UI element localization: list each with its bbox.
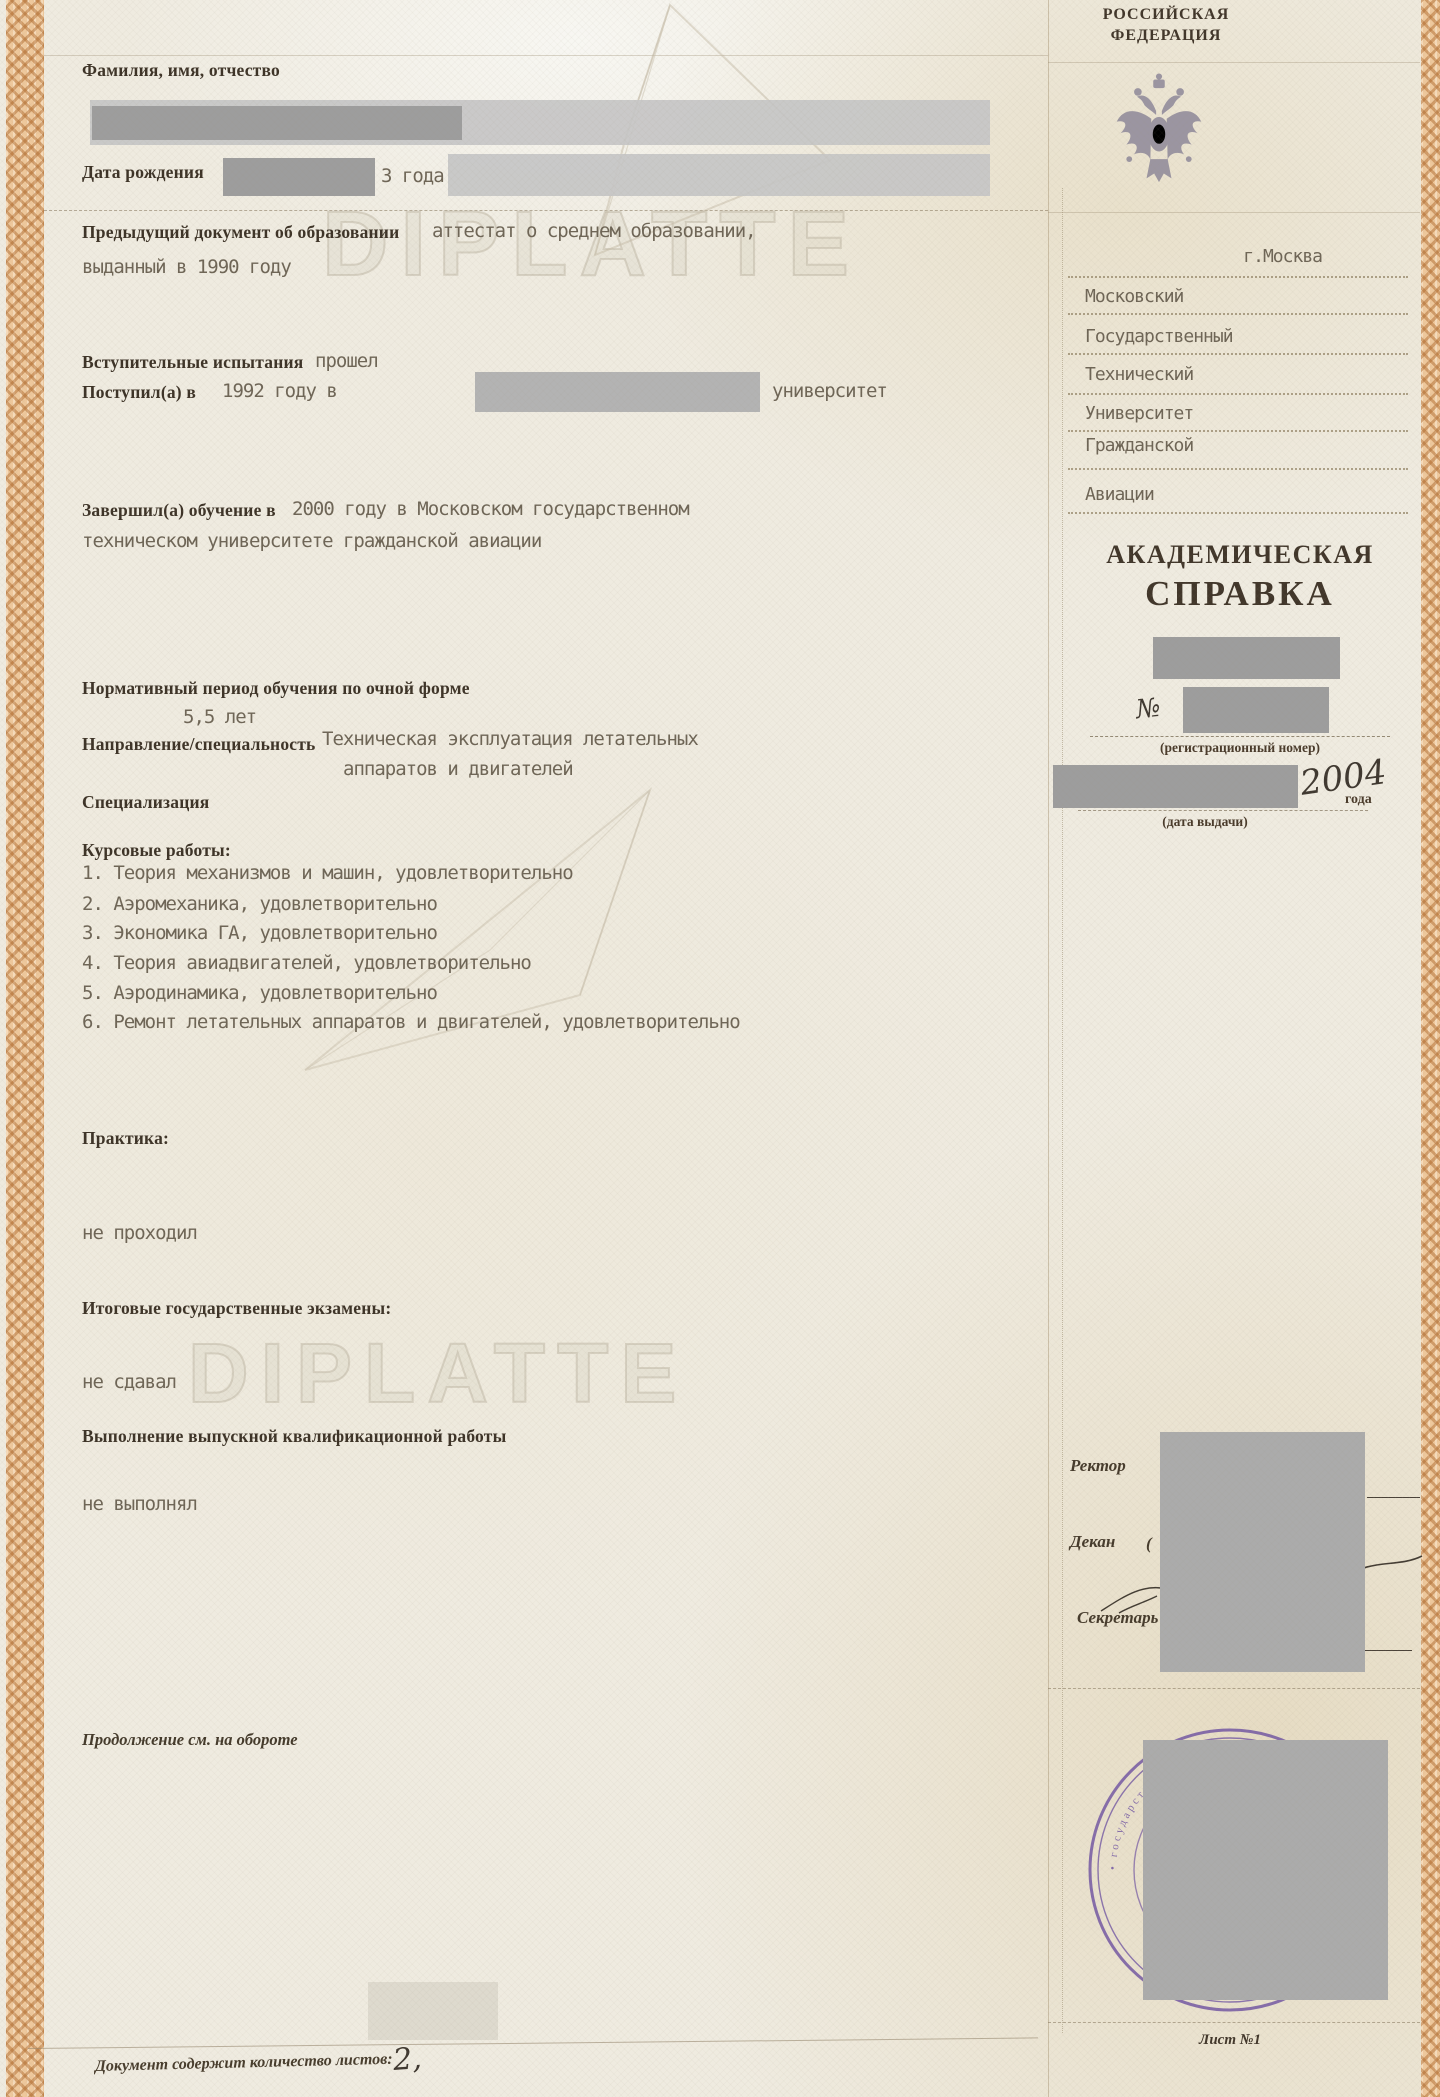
university-name-line: Московский <box>1085 286 1183 307</box>
bottom-rule <box>28 2037 1038 2049</box>
right-header-rule-bottom <box>1048 212 1420 213</box>
form-line <box>1068 512 1408 514</box>
study-period-value: 5,5 лет <box>183 706 256 728</box>
redaction-bar <box>1183 687 1329 733</box>
issue-year-handwritten: 2004 <box>1298 752 1389 804</box>
rector-signature-line <box>1367 1497 1420 1498</box>
issue-date-line <box>1078 810 1368 811</box>
redaction-bar <box>1153 637 1340 679</box>
right-column-dotted-border <box>1062 188 1063 2033</box>
thesis-label: Выполнение выпускной квалификационной ра… <box>82 1426 506 1447</box>
tape-patch <box>368 1982 498 2040</box>
form-line <box>1068 468 1408 470</box>
reg-number-sign: № <box>1134 693 1162 725</box>
previous-doc-value-line2: выданный в 1990 году <box>82 256 291 278</box>
city-value: г.Москва <box>1200 246 1322 267</box>
form-line <box>1068 276 1408 278</box>
specialization-label: Специализация <box>82 792 209 813</box>
state-exams-value: не сдавал <box>82 1371 176 1393</box>
academic-certificate-scan: DIPLATTE DIPLATTE РОССИЙСКАЯ ФЕДЕРАЦИЯ г… <box>0 0 1440 2097</box>
form-line <box>1068 313 1408 315</box>
previous-doc-value-line1: аттестат о среднем образовании, <box>432 220 756 242</box>
coursework-label: Курсовые работы: <box>82 840 231 861</box>
entrance-exams-value: прошел <box>315 350 378 372</box>
birth-date-visible-fragment: 3 года <box>381 165 444 187</box>
thesis-value: не выполнял <box>82 1493 197 1515</box>
reg-number-caption: (регистрационный номер) <box>1160 740 1320 756</box>
specialty-value-line1: Техническая эксплуатация летательных <box>322 728 698 750</box>
coursework-item: 5. Аэродинамика, удовлетворительно <box>82 982 437 1004</box>
completed-value-line1: 2000 году в Московском государственном <box>292 498 689 520</box>
coursework-item: 6. Ремонт летательных аппаратов и двигат… <box>82 1011 740 1033</box>
redaction-bar <box>1053 765 1298 808</box>
rector-label: Ректор <box>1070 1456 1126 1476</box>
right-header-rule-top <box>1048 62 1420 63</box>
sheet-note: Лист №1 <box>1199 2032 1261 2049</box>
completed-label: Завершил(а) обучение в <box>82 500 276 521</box>
university-name-line: Технический <box>1085 364 1193 385</box>
sheet-note-rule <box>1048 2022 1420 2023</box>
country-name-line1: РОССИЙСКАЯ <box>1103 6 1230 24</box>
continuation-note: Продолжение см. на обороте <box>82 1730 298 1750</box>
sheets-count-label: Документ содержит количество листов: <box>95 2051 393 2076</box>
state-exams-label: Итоговые государственные экзамены: <box>82 1298 391 1319</box>
coursework-item: 1. Теория механизмов и машин, удовлетвор… <box>82 862 573 884</box>
dean-paren: ( <box>1146 1534 1152 1554</box>
dean-label: Декан <box>1070 1532 1115 1552</box>
practice-label: Практика: <box>82 1128 169 1149</box>
entrance-exams-label: Вступительные испытания <box>82 352 303 373</box>
university-name-line: Университет <box>1085 403 1193 424</box>
redaction-bar-birthdate <box>223 158 375 196</box>
study-period-label: Нормативный период обучения по очной фор… <box>82 678 470 699</box>
certificate-title-line2: СПРАВКА <box>1145 574 1335 614</box>
coursework-item: 2. Аэромеханика, удовлетворительно <box>82 893 437 915</box>
fio-label: Фамилия, имя, отчество <box>82 60 280 81</box>
redaction-box-stamp <box>1143 1740 1388 2000</box>
stamp-section-rule <box>1048 1688 1420 1689</box>
redaction-box-signatures <box>1160 1432 1365 1672</box>
reg-number-line <box>1090 736 1390 737</box>
left-edge-pattern <box>6 0 44 2097</box>
right-edge-pattern <box>1421 0 1440 2097</box>
form-line <box>1068 353 1408 355</box>
russian-coat-of-arms-icon <box>1111 70 1207 206</box>
coursework-item: 3. Экономика ГА, удовлетворительно <box>82 922 437 944</box>
column-divider <box>1048 0 1049 2097</box>
specialty-label: Направление/специальность <box>82 734 316 755</box>
form-line <box>1068 393 1408 395</box>
university-name-line: Гражданской <box>1085 435 1193 456</box>
redaction-bar-university <box>475 372 760 412</box>
redaction-bar-birthdate-light <box>448 154 990 196</box>
birth-date-label: Дата рождения <box>82 162 204 183</box>
sheets-count-value: 2, <box>392 2041 423 2078</box>
redaction-bar-name-dark <box>92 106 462 140</box>
diplatte-watermark-middle: DIPLATTE <box>188 1325 688 1422</box>
form-line <box>1068 430 1408 432</box>
coursework-item: 4. Теория авиадвигателей, удовлетворител… <box>82 952 531 974</box>
enrolled-label: Поступил(а) в <box>82 382 196 403</box>
specialty-value-line2: аппаратов и двигателей <box>343 758 573 780</box>
country-name-line2: ФЕДЕРАЦИЯ <box>1111 27 1222 45</box>
completed-value-line2: техническом университете гражданской ави… <box>82 530 541 552</box>
certificate-title-line1: АКАДЕМИЧЕСКАЯ <box>1106 540 1374 570</box>
previous-doc-label: Предыдущий документ об образовании <box>82 222 399 243</box>
enrolled-year-value: 1992 году в <box>222 380 337 402</box>
university-name-line: Авиации <box>1085 484 1154 505</box>
enrolled-tail-value: университет <box>772 380 887 402</box>
issue-date-caption: (дата выдачи) <box>1162 814 1247 830</box>
practice-value: не проходил <box>82 1222 197 1244</box>
university-name-line: Государственный <box>1085 326 1233 347</box>
